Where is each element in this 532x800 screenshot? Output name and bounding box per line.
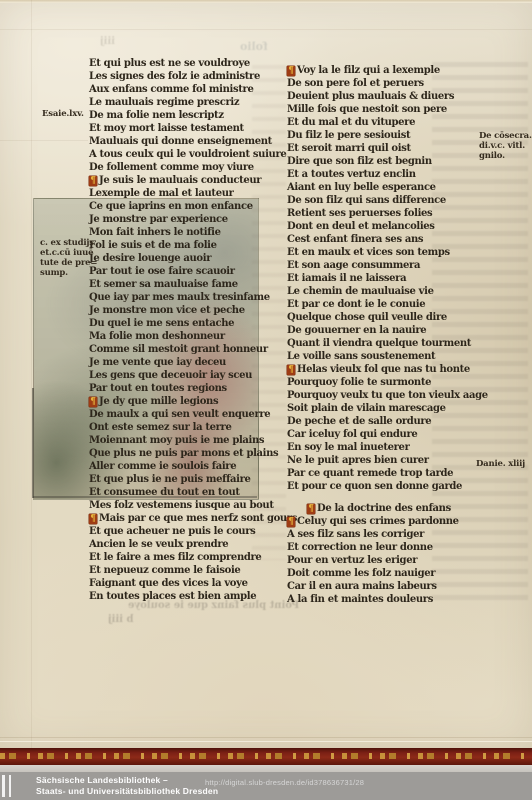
verse-line: Car iceluy fol qui endure <box>287 428 488 441</box>
verse-line: Du quel ie me sens entache <box>89 317 297 330</box>
margin-note-line: De cōsecra. <box>479 131 532 141</box>
verse-line: De son filz qui sans difference <box>287 194 488 207</box>
verse-line: Mon fait inhers le notifie <box>89 226 297 239</box>
verse-line: Que plus ne puis par mons et plains <box>89 447 297 460</box>
library-name: Sächsische Landesbibliothek – Staats- un… <box>36 775 218 796</box>
verse-line: Aller comme ie soulois faire <box>89 460 297 473</box>
manuscript-page-scan: folio iiij Point plus fainz que ie soulo… <box>0 0 532 748</box>
verse-line: Et en maulx et vices son temps <box>287 246 488 259</box>
verse-line: Les gens que deceuoir iay sceu <box>89 369 297 382</box>
verse-line: Pourquoy folie te surmonte <box>287 376 488 389</box>
margin-note-line: di.v.c. vitl. <box>479 141 532 151</box>
verse-line: Et son aage consummera <box>287 259 488 272</box>
illuminated-initial: ¶ <box>287 66 295 76</box>
verse-line: De follement comme moy viure <box>89 161 297 174</box>
verse-line: Par ce quant remede trop tarde <box>287 467 488 480</box>
margin-note-ex-studiis: c. ex studijset.c.cū iuuētute de pre=sum… <box>40 238 97 278</box>
verse-line: Ont este semez sur la terre <box>89 421 297 434</box>
verse-line: Aux enfans comme fol ministre <box>89 83 297 96</box>
verse-line: Ne le puit apres bien curer <box>287 454 488 467</box>
fold-line <box>0 29 532 30</box>
margin-note-esaie: Esaie.lxv. <box>42 109 84 119</box>
verse-line: Ancien le se veulx prendre <box>89 538 297 551</box>
verse-line: Et qui plus est ne se vouldroye <box>89 57 297 70</box>
verse-line: Pourquoy veulx tu que ton vieulx aage <box>287 389 488 402</box>
verse-line: Quelque chose quil veulle dire <box>287 311 488 324</box>
verse-line: En soy le mal inueterer <box>287 441 488 454</box>
verso-folio-word: folio <box>240 40 268 53</box>
verse-line: Et consumee du tout en tout <box>89 486 297 499</box>
verse-line: De son pere fol et peruers <box>287 77 488 90</box>
text-column-1: Et qui plus est ne se vouldroyeLes signe… <box>89 57 297 603</box>
library-name-line2: Staats- und Universitätsbibliothek Dresd… <box>36 786 218 797</box>
verse-line: Et correction ne leur donne <box>287 541 488 554</box>
verse-line: En toutes places est bien ample <box>89 590 297 603</box>
illuminated-initial: ¶ <box>287 365 295 375</box>
verse-line: Et semer sa mauluaise fame <box>89 278 297 291</box>
verso-signature-mark: b iiij <box>108 614 134 625</box>
verse-line: A ses filz sans les corriger <box>287 528 488 541</box>
verse-line: Pour en vertuz les eriger <box>287 554 488 567</box>
verse-line: Et iamais il ne laissera <box>287 272 488 285</box>
verse-line: Je desire louenge auoir <box>89 252 297 265</box>
margin-note-line: gnilo. <box>479 151 532 161</box>
verse-line: Car il en aura mains labeurs <box>287 580 488 593</box>
verse-line: Cest enfant finera ses ans <box>287 233 488 246</box>
verse-line: Doit comme les folz nauiger <box>287 567 488 580</box>
verse-line: Je me vente que iay deceu <box>89 356 297 369</box>
library-footer-bar: Sächsische Landesbibliothek – Staats- un… <box>0 772 532 800</box>
fold-line <box>31 0 32 748</box>
verse-line: Mauluais qui donne enseignement <box>89 135 297 148</box>
page-edge-bottom <box>0 737 532 738</box>
verse-line: ¶Helas vieulx fol que nas tu honte <box>287 363 488 376</box>
verse-line: Aiant en luy belle esperance <box>287 181 488 194</box>
verse-line: De ma folie nem lescriptz <box>89 109 297 122</box>
margin-note-danie: Danie. xliij <box>476 459 525 469</box>
verse-line: Ce que iaprins en mon enfance <box>89 200 297 213</box>
miniature-frame-left <box>32 388 34 498</box>
verse-line: ¶Celuy qui ses crimes pardonne <box>287 515 488 528</box>
illuminated-initial: ¶ <box>89 176 97 186</box>
verso-leaf-number: iiij <box>100 36 115 47</box>
library-name-line1: Sächsische Landesbibliothek – <box>36 775 218 786</box>
verse-line: Faignant que des vices la voye <box>89 577 297 590</box>
verse-line: ¶Mais par ce que mes nerfz sont gours <box>89 512 297 525</box>
illuminated-initial: ¶ <box>307 504 315 514</box>
verse-line: Dont en deul et melancolies <box>287 220 488 233</box>
verse-line: Les signes des folz ie administre <box>89 70 297 83</box>
verse-line: Le mauluais regime prescriz <box>89 96 297 109</box>
verse-line: De gouuerner en la nauire <box>287 324 488 337</box>
verse-line: Deuient plus mauluais & diuers <box>287 90 488 103</box>
verse-line: Retient ses peruerses folies <box>287 207 488 220</box>
binding-band <box>0 748 532 765</box>
verse-line: ¶De la doctrine des enfans <box>287 502 488 515</box>
verse-line: Et du mal et du vitupere <box>287 116 488 129</box>
verse-line: Du filz le pere sesiouist <box>287 129 488 142</box>
verse-line: Quant il viendra quelque tourment <box>287 337 488 350</box>
verse-line: Et moy mort laisse testament <box>89 122 297 135</box>
margin-note-de-consecra: De cōsecra.di.v.c. vitl.gnilo. <box>479 131 532 161</box>
verse-line: Mille fois que nestoit son pere <box>287 103 488 116</box>
verse-line: Moiennant moy puis ie me plains <box>89 434 297 447</box>
verse-line: Comme sil mestoit grant honneur <box>89 343 297 356</box>
verse-line: Soit plain de vilain marescage <box>287 402 488 415</box>
margin-note-line: c. ex studijs <box>40 238 97 248</box>
verse-line: Et nepueuz comme le faisoie <box>89 564 297 577</box>
verse-line: Fol ie suis et de ma folie <box>89 239 297 252</box>
slub-logo-icon <box>2 775 16 797</box>
margin-note-line: sump. <box>40 268 97 278</box>
verse-line: De maulx a qui sen veult enquerre <box>89 408 297 421</box>
verse-line: Et seroit marri quil oist <box>287 142 488 155</box>
band-shadow-strip <box>0 765 532 772</box>
page-edge-bottom <box>0 741 532 742</box>
verse-line: Et que plus ie ne puis meffaire <box>89 473 297 486</box>
verse-line: Mes folz vestemens iusque au bout <box>89 499 297 512</box>
verse-line: Le chemin de mauluaise vie <box>287 285 488 298</box>
illuminated-initial: ¶ <box>287 517 295 527</box>
verse-line: De peche et de salle ordure <box>287 415 488 428</box>
fold-line <box>0 140 88 141</box>
verse-line: Et le faire a mes filz comprendre <box>89 551 297 564</box>
verse-line: Et par ce dont ie le conuie <box>287 298 488 311</box>
verse-line: ¶Je dy que mille legions <box>89 395 297 408</box>
verse-line: Lexemple de mal et lauteur <box>89 187 297 200</box>
verse-line: Je monstre mon vice et peche <box>89 304 297 317</box>
illuminated-initial: ¶ <box>89 514 97 524</box>
verse-line: Le voille sans soustenement <box>287 350 488 363</box>
verse-line: Par tout en toutes regions <box>89 382 297 395</box>
verse-line: Je monstre par experience <box>89 213 297 226</box>
digital-collection-url: http://digital.slub-dresden.de/id3786367… <box>205 778 364 787</box>
margin-note-line: et.c.cū iuuē <box>40 248 97 258</box>
illuminated-initial: ¶ <box>89 397 97 407</box>
verse-line: Et que acheuer ne puis le cours <box>89 525 297 538</box>
gold-ornament-row <box>0 753 532 759</box>
verse-line: Par tout ie ose faire scauoir <box>89 265 297 278</box>
verse-line: A tous ceulx qui le vouldroient suiure <box>89 148 297 161</box>
text-column-2: ¶Voy la le filz qui a lexempleDe son per… <box>287 64 488 606</box>
page-edge-top <box>0 0 532 3</box>
verse-line: A la fin et maintes douleurs <box>287 593 488 606</box>
verse-line: ¶Voy la le filz qui a lexemple <box>287 64 488 77</box>
verse-line: Ma folie mon deshonneur <box>89 330 297 343</box>
verse-line: Et a toutes vertuz enclin <box>287 168 488 181</box>
verse-line: Que iay par mes maulx tresinfame <box>89 291 297 304</box>
verse-line: Dire que son filz est begnin <box>287 155 488 168</box>
verse-line: ¶Je suis le mauluais conducteur <box>89 174 297 187</box>
margin-note-line: tute de pre= <box>40 258 97 268</box>
verse-line: Et pour ce quon sen donne garde <box>287 480 488 493</box>
